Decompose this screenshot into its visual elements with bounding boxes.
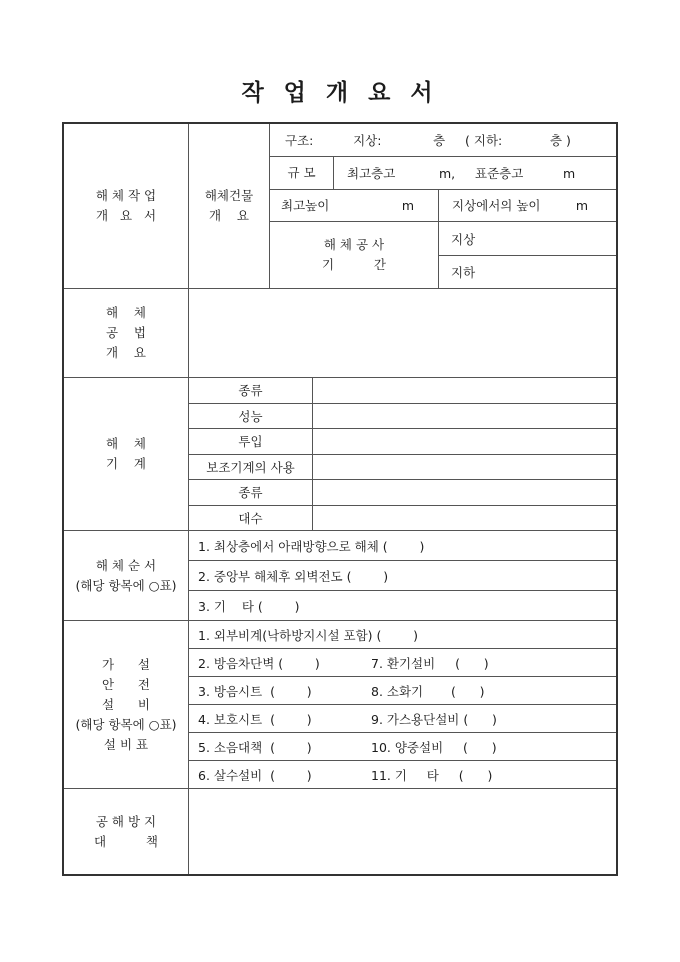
period-values: 지상 지하	[439, 222, 616, 288]
machine-row: 종류	[189, 378, 616, 404]
pollution-label: 공 해 방 지 대 책	[64, 789, 189, 874]
section-demolition-overview: 해 체 작 업 개 요 서 해체건물 개 요 구조: 지상: 층 ( 지하: 층…	[64, 124, 616, 289]
machine-row: 종류	[189, 480, 616, 506]
safety-item-left: 2. 방음차단벽 ( )	[198, 649, 371, 676]
structure-field: 구조: 지상: 층 ( 지하: 층 )	[270, 124, 616, 156]
safety-row: 2. 방음차단벽 ( ) 7. 환기설비 ( )	[189, 649, 616, 677]
section-temporary-safety-equipment: 가 설 안 전 설 비 (해당 항목에 ○표) 설 비 표 1. 외부비계(낙하…	[64, 621, 616, 789]
safety-item-right: 10. 양중설비 ( )	[371, 733, 616, 760]
order-item: 2. 중앙부 해체후 외벽전도 ( )	[189, 561, 616, 590]
order-label: 해 체 순 서 (해당 항목에 ○표)	[64, 531, 189, 620]
section-demolition-method: 해 체 공 법 개 요	[64, 289, 616, 378]
section-demolition-order: 해 체 순 서 (해당 항목에 ○표) 1. 최상층에서 아래방향으로 해체 (…	[64, 531, 616, 621]
machine-rows: 종류 성능 투입 보조기계의 사용 종류 대수	[189, 378, 616, 530]
work-summary-form: 해 체 작 업 개 요 서 해체건물 개 요 구조: 지상: 층 ( 지하: 층…	[62, 122, 618, 876]
order-item-row: 3. 기 타 ( )	[189, 591, 616, 620]
safety-item-left: 1. 외부비계(낙하방지시설 포함) ( )	[198, 621, 418, 648]
max-height-unit: m	[402, 198, 414, 213]
period-below-ground-field: 지하	[439, 256, 616, 288]
safety-row: 1. 외부비계(낙하방지시설 포함) ( )	[189, 621, 616, 649]
scale-label: 규 모	[270, 157, 334, 189]
safety-item-left: 4. 보호시트 ( )	[198, 705, 371, 732]
safety-row: 3. 방음시트 ( ) 8. 소화기 ( )	[189, 677, 616, 705]
scale-row: 규 모 최고층고 m, 표준층고 m	[270, 157, 616, 190]
machine-value-cell	[313, 506, 616, 531]
height-row: 최고높이 m 지상에서의 높이 m	[270, 190, 616, 223]
scale-field: 최고층고 m, 표준층고 m	[334, 157, 616, 189]
pollution-content-cell	[189, 789, 616, 874]
safety-item-left: 3. 방음시트 ( )	[198, 677, 371, 704]
overview-grid: 구조: 지상: 층 ( 지하: 층 ) 규 모 최고층고 m, 표준층고 m 최…	[270, 124, 616, 288]
machine-row-label: 종류	[189, 480, 313, 505]
machine-row-label: 대수	[189, 506, 313, 531]
machine-value-cell	[313, 378, 616, 403]
safety-row: 4. 보호시트 ( ) 9. 가스용단설비 ( )	[189, 705, 616, 733]
period-above-ground-field: 지상	[439, 222, 616, 255]
order-item: 3. 기 타 ( )	[189, 591, 616, 620]
machine-row-label: 투입	[189, 429, 313, 454]
ground-height-label: 지상에서의 높이	[452, 196, 541, 214]
order-item-row: 2. 중앙부 해체후 외벽전도 ( )	[189, 561, 616, 591]
safety-item-left: 6. 살수설비 ( )	[198, 761, 371, 788]
safety-item-right: 11. 기 타 ( )	[371, 761, 616, 788]
machine-row-label: 종류	[189, 378, 313, 403]
overview-row-label: 해 체 작 업 개 요 서	[64, 124, 189, 288]
machine-row: 성능	[189, 404, 616, 430]
safety-rows: 1. 외부비계(낙하방지시설 포함) ( ) 2. 방음차단벽 ( ) 7. 환…	[189, 621, 616, 788]
order-rows: 1. 최상층에서 아래방향으로 해체 ( ) 2. 중앙부 해체후 외벽전도 (…	[189, 531, 616, 620]
machine-value-cell	[313, 480, 616, 505]
safety-item-right: 7. 환기설비 ( )	[371, 649, 616, 676]
section-demolition-machine: 해 체 기 계 종류 성능 투입 보조기계의 사용 종류	[64, 378, 616, 531]
order-item: 1. 최상층에서 아래방향으로 해체 ( )	[189, 531, 616, 560]
machine-row: 대수	[189, 506, 616, 531]
ground-height-cell: 지상에서의 높이 m	[439, 190, 616, 222]
machine-row-label: 성능	[189, 404, 313, 429]
safety-row: 6. 살수설비 ( ) 11. 기 타 ( )	[189, 761, 616, 788]
max-height-label: 최고높이	[281, 196, 329, 214]
safety-label: 가 설 안 전 설 비 (해당 항목에 ○표) 설 비 표	[64, 621, 189, 788]
machine-row-label: 보조기계의 사용	[189, 455, 313, 480]
section-pollution-prevention: 공 해 방 지 대 책	[64, 789, 616, 874]
machine-label: 해 체 기 계	[64, 378, 189, 530]
machine-value-cell	[313, 404, 616, 429]
machine-value-cell	[313, 429, 616, 454]
demolition-period-label: 해 체 공 사 기 간	[270, 222, 439, 288]
safety-item-right: 9. 가스용단설비 ( )	[371, 705, 616, 732]
machine-row: 투입	[189, 429, 616, 455]
machine-row: 보조기계의 사용	[189, 455, 616, 481]
max-height-cell: 최고높이 m	[270, 190, 439, 222]
safety-item-left: 5. 소음대책 ( )	[198, 733, 371, 760]
method-content-cell	[189, 289, 616, 377]
order-item-row: 1. 최상층에서 아래방향으로 해체 ( )	[189, 531, 616, 561]
structure-row: 구조: 지상: 층 ( 지하: 층 )	[270, 124, 616, 157]
building-overview-label: 해체건물 개 요	[189, 124, 270, 288]
ground-height-unit: m	[576, 198, 588, 213]
period-row: 해 체 공 사 기 간 지상 지하	[270, 222, 616, 288]
safety-item-right: 8. 소화기 ( )	[371, 677, 616, 704]
safety-row: 5. 소음대책 ( ) 10. 양중설비 ( )	[189, 733, 616, 761]
page-title: 작 업 개 요 서	[0, 74, 680, 107]
machine-value-cell	[313, 455, 616, 480]
safety-item-right	[418, 621, 616, 648]
method-label: 해 체 공 법 개 요	[64, 289, 189, 377]
